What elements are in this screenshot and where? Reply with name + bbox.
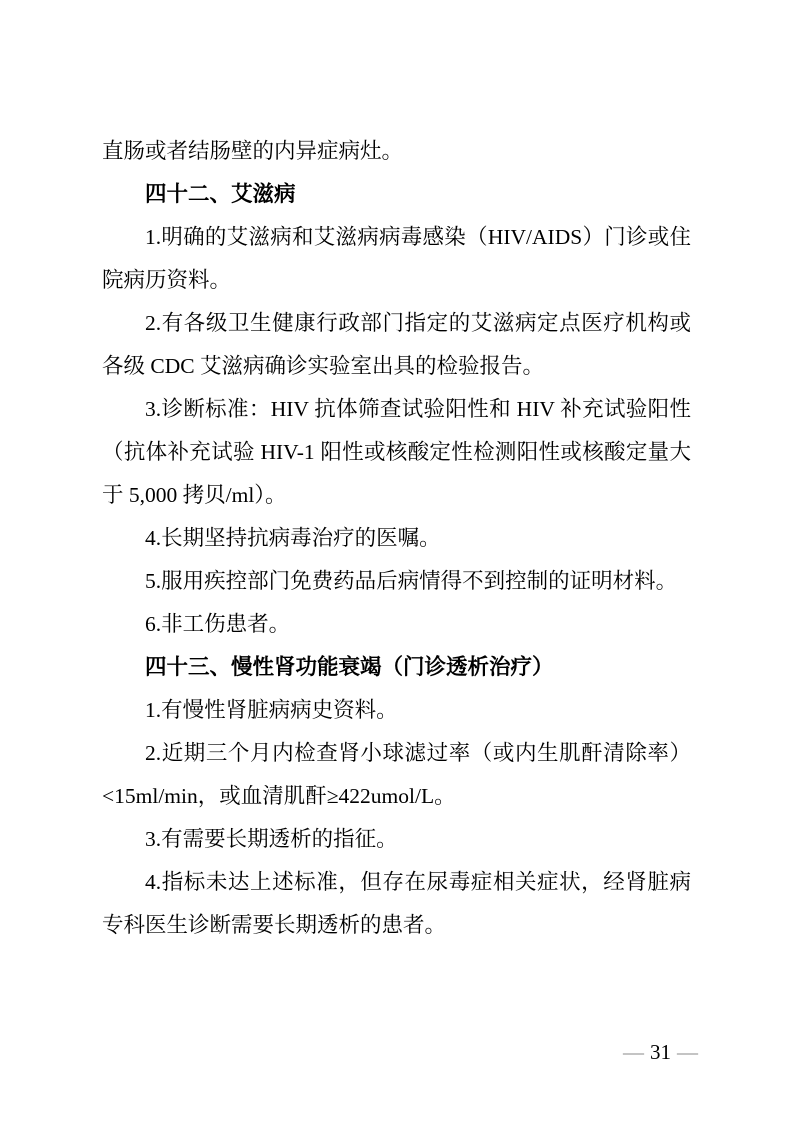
section-42-item-3: 3.诊断标准：HIV 抗体筛查试验阳性和 HIV 补充试验阳性（抗体补充试验 H… — [102, 388, 691, 517]
page-number: 31 — [650, 1040, 671, 1064]
page-body-text: 直肠或者结肠壁的内异症病灶。 四十二、艾滋病 1.明确的艾滋病和艾滋病病毒感染（… — [102, 130, 691, 947]
section-43-heading: 四十三、慢性肾功能衰竭（门诊透析治疗） — [102, 646, 691, 689]
section-43-item-2: 2.近期三个月内检查肾小球滤过率（或内生肌酐清除率）<15ml/min，或血清肌… — [102, 732, 691, 818]
section-42-heading: 四十二、艾滋病 — [102, 173, 691, 216]
section-43-item-4: 4.指标未达上述标准，但存在尿毒症相关症状，经肾脏病专科医生诊断需要长期透析的患… — [102, 861, 691, 947]
section-43-item-3: 3.有需要长期透析的指征。 — [102, 818, 691, 861]
section-42-item-4: 4.长期坚持抗病毒治疗的医嘱。 — [102, 517, 691, 560]
section-42-item-1: 1.明确的艾滋病和艾滋病病毒感染（HIV/AIDS）门诊或住院病历资料。 — [102, 216, 691, 302]
page-number-footer: —31— — [623, 1038, 698, 1066]
section-42-item-5: 5.服用疾控部门免费药品后病情得不到控制的证明材料。 — [102, 560, 691, 603]
footer-right-dash: — — [677, 1040, 698, 1064]
footer-left-dash: — — [623, 1040, 644, 1064]
continuation-paragraph: 直肠或者结肠壁的内异症病灶。 — [102, 130, 691, 173]
document-page: 直肠或者结肠壁的内异症病灶。 四十二、艾滋病 1.明确的艾滋病和艾滋病病毒感染（… — [0, 0, 793, 1122]
section-42-item-2: 2.有各级卫生健康行政部门指定的艾滋病定点医疗机构或各级 CDC 艾滋病确诊实验… — [102, 302, 691, 388]
section-43-item-1: 1.有慢性肾脏病病史资料。 — [102, 689, 691, 732]
section-42-item-6: 6.非工伤患者。 — [102, 603, 691, 646]
